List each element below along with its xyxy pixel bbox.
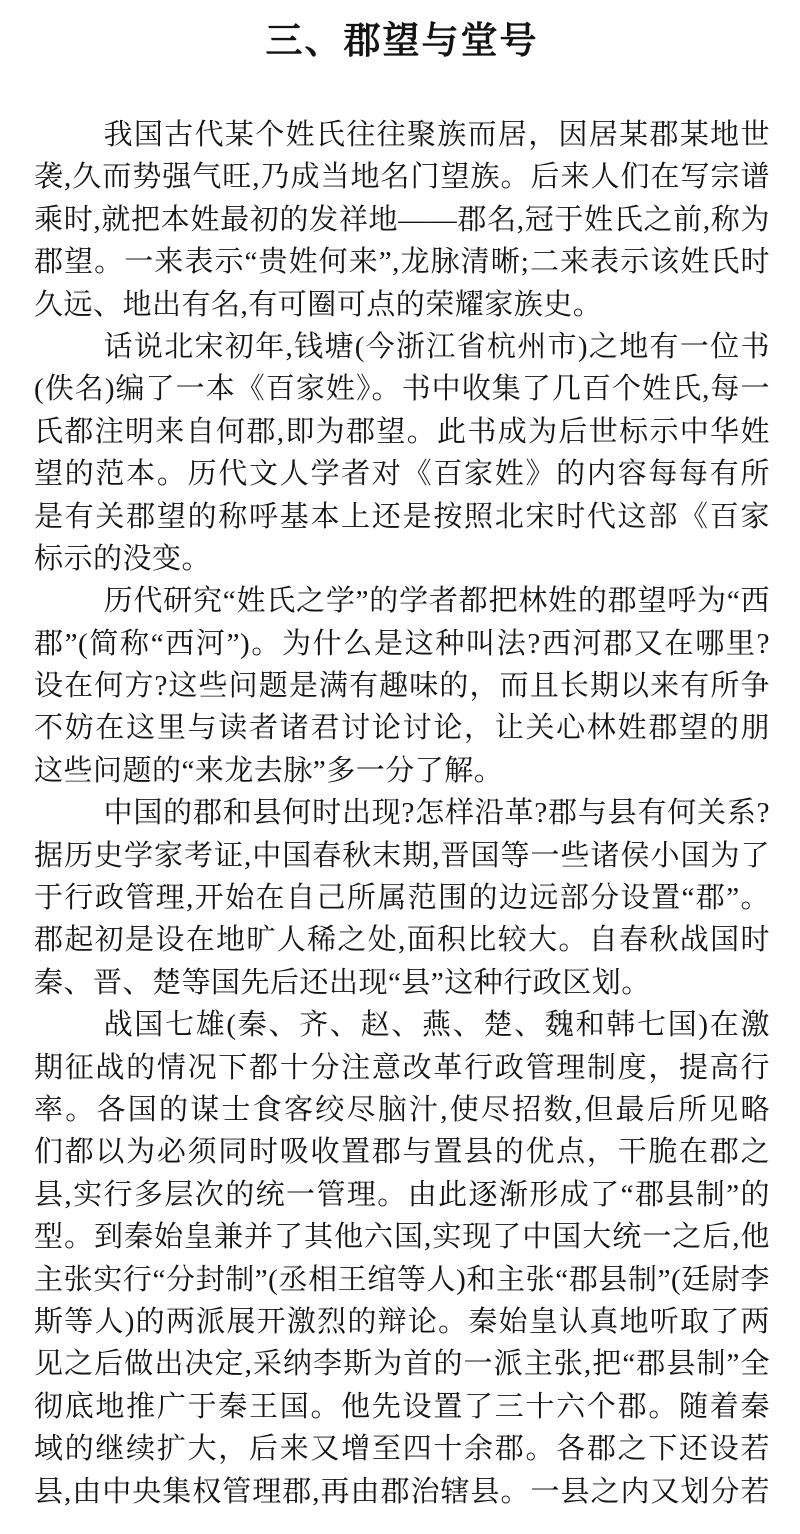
text-line: 斯等人)的两派展开激烈的辩论。秦始皇认真地听取了两派意 (34, 1301, 770, 1343)
text-line: 郡起初是设在地旷人稀之处,面积比较大。自春秋战国时代, (34, 919, 770, 961)
text-line: 中国的郡和县何时出现?怎样沿革?郡与县有何关系?根 (34, 792, 770, 834)
article-body: 我国古代某个姓氏往往聚族而居，因居某郡某地世代相袭,久而势强气旺,乃成当地名门望… (34, 114, 770, 1513)
text-line: (佚名)编了一本《百家姓》。书中收集了几百个姓氏,每一个姓 (34, 368, 770, 410)
paragraph: 我国古代某个姓氏往往聚族而居，因居某郡某地世代相袭,久而势强气旺,乃成当地名门望… (34, 114, 770, 326)
book-page: 三、郡望与堂号 我国古代某个姓氏往往聚族而居，因居某郡某地世代相袭,久而势强气旺… (0, 0, 800, 1534)
text-line: 们都以为必须同时吸收置郡与置县的优点，干脆在郡之下设 (34, 1131, 770, 1173)
text-line: 于行政管理,开始在自己所属范围的边远部分设置“郡”。这些 (34, 877, 770, 919)
text-line: 标示的没变。 (34, 538, 770, 580)
text-line: 主张实行“分封制”(丞相王绾等人)和主张“郡县制”(廷尉李 (34, 1259, 770, 1301)
text-line: 久远、地出有名,有可圈可点的荣耀家族史。 (34, 284, 770, 326)
paragraph: 战国七雄(秦、齐、赵、燕、楚、魏和韩七国)在激烈争霸长期征战的情况下都十分注意改… (34, 1004, 770, 1513)
text-line: 我国古代某个姓氏往往聚族而居，因居某郡某地世代相 (34, 114, 770, 156)
text-line: 不妨在这里与读者诸君讨论讨论，让关心林姓郡望的朋友对 (34, 707, 770, 749)
text-line: 郡望。一来表示“贵姓何来”,龙脉清晰;二来表示该姓氏时历 (34, 241, 770, 283)
text-line: 望的范本。历代文人学者对《百家姓》的内容每每有所增补,但 (34, 453, 770, 495)
text-line: 乘时,就把本姓最初的发祥地——郡名,冠于姓氏之前,称为 (34, 199, 770, 241)
text-line: 据历史学家考证,中国春秋末期,晋国等一些诸侯小国为了便 (34, 835, 770, 877)
paragraph: 历代研究“姓氏之学”的学者都把林姓的郡望呼为“西河郡”(简称“西河”)。为什么是… (34, 580, 770, 792)
text-line: 历代研究“姓氏之学”的学者都把林姓的郡望呼为“西河 (34, 580, 770, 622)
text-line: 秦、晋、楚等国先后还出现“县”这种行政区划。 (34, 962, 770, 1004)
text-line: 型。到秦始皇兼并了其他六国,实现了中国大统一之后,他让 (34, 1216, 770, 1258)
text-line: 彻底地推广于秦王国。他先设置了三十六个郡。随着秦王朝疆 (34, 1386, 770, 1428)
text-line: 郡”(简称“西河”)。为什么是这种叫法?西河郡又在哪里?郡治 (34, 623, 770, 665)
text-line: 县,由中央集权管理郡,再由郡治辖县。一县之内又划分若干 (34, 1471, 770, 1513)
text-line: 见之后做出决定,采纳李斯为首的一派主张,把“郡县制”全面 (34, 1343, 770, 1385)
paragraph: 话说北宋初年,钱塘(今浙江省杭州市)之地有一位书生(佚名)编了一本《百家姓》。书… (34, 326, 770, 580)
text-line: 县,实行多层次的统一管理。由此逐渐形成了“郡县制”的刍 (34, 1174, 770, 1216)
text-line: 是有关郡望的称呼基本上还是按照北宋时代这部《百家姓》所 (34, 496, 770, 538)
text-line: 这些问题的“来龙去脉”多一分了解。 (34, 750, 770, 792)
text-line: 设在何方?这些问题是满有趣味的，而且长期以来有所争论, (34, 665, 770, 707)
text-line: 率。各国的谋士食客绞尽脑汁,使尽招数,但最后所见略同。他 (34, 1089, 770, 1131)
text-line: 战国七雄(秦、齐、赵、燕、楚、魏和韩七国)在激烈争霸长 (34, 1004, 770, 1046)
text-line: 期征战的情况下都十分注意改革行政管理制度，提高行政效 (34, 1047, 770, 1089)
text-line: 话说北宋初年,钱塘(今浙江省杭州市)之地有一位书生 (34, 326, 770, 368)
section-title: 三、郡望与堂号 (34, 20, 770, 64)
text-line: 域的继续扩大，后来又增至四十余郡。各郡之下还设若干个 (34, 1428, 770, 1470)
paragraph: 中国的郡和县何时出现?怎样沿革?郡与县有何关系?根据历史学家考证,中国春秋末期,… (34, 792, 770, 1004)
text-line: 袭,久而势强气旺,乃成当地名门望族。后来人们在写宗谱家 (34, 156, 770, 198)
text-line: 氏都注明来自何郡,即为郡望。此书成为后世标示中华姓氏郡 (34, 411, 770, 453)
